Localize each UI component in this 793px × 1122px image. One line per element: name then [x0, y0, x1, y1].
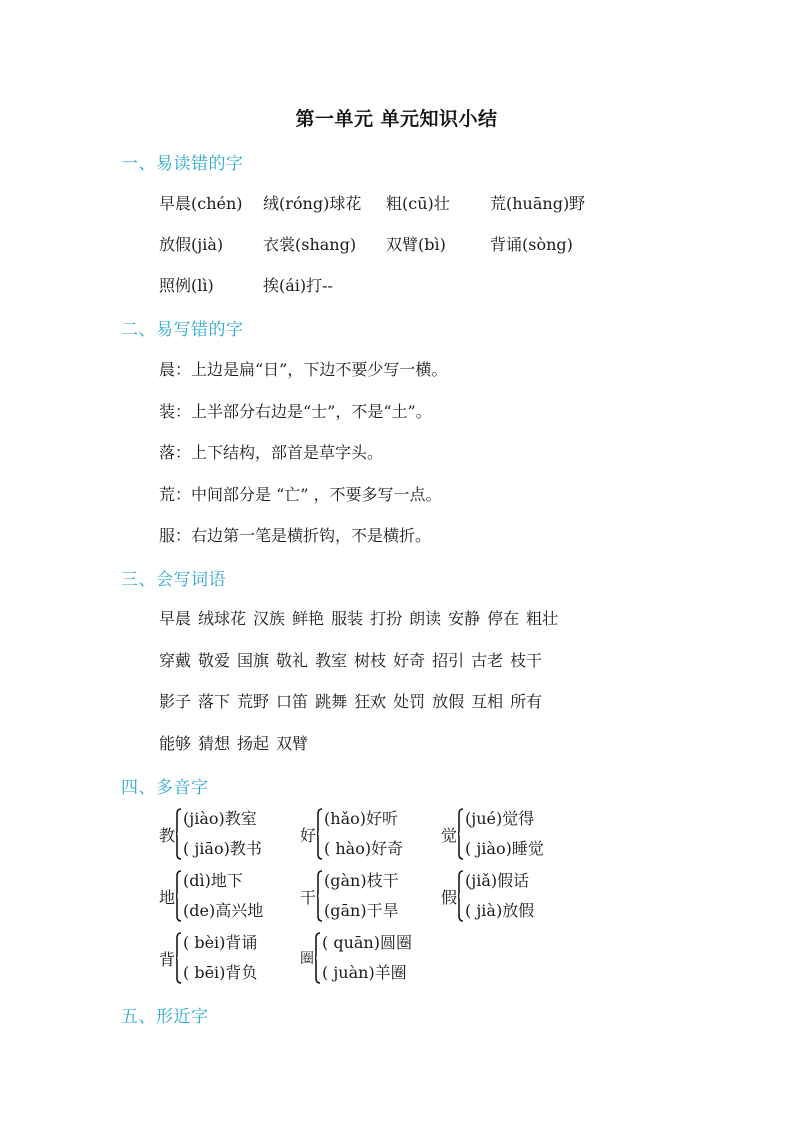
vocab-word: 绒球花 [198, 609, 246, 628]
polyphone-char: 圈 [300, 948, 314, 968]
vocab-word: 朗读 [409, 609, 441, 628]
page-title: 第一单元 单元知识小结 [0, 104, 793, 131]
writing-note: 落：上下结构，部首是草字头。 [159, 440, 383, 463]
polyphone-group: 干 (gàn)枝干 (gān)干旱 [300, 870, 399, 922]
section-heading-vocabulary: 三、会写词语 [121, 565, 226, 590]
polyphone-reading: (jiào)教室 [183, 809, 262, 829]
polyphone-reading: ( jiāo)教书 [183, 839, 262, 859]
polyphone-group: 教 (jiào)教室 ( jiāo)教书 [159, 808, 262, 860]
polyphone-reading: ( juàn)羊圈 [322, 963, 412, 983]
polyphone-reading: ( jià)放假 [465, 901, 534, 921]
brace-icon [315, 932, 321, 984]
vocab-word: 教室 [315, 651, 347, 670]
polyphone-reading: (gān)干旱 [324, 901, 399, 921]
polyphone-char: 假 [441, 885, 457, 908]
misread-item: 双臂(bì) [386, 232, 446, 255]
misread-item: 荒(huāng)野 [490, 191, 585, 214]
vocab-word: 汉族 [253, 609, 285, 628]
writing-note: 晨：上边是扁“日”，下边不要少写一横。 [159, 357, 447, 380]
vocab-word: 敬爱 [198, 651, 230, 670]
vocab-word: 能够 [159, 734, 191, 753]
polyphone-reading: (hǎo)好听 [324, 809, 403, 829]
polyphone-reading: ( hào)好奇 [324, 839, 403, 859]
polyphone-reading: (dì)地下 [183, 871, 263, 891]
misread-item: 照例(lì) [159, 273, 214, 296]
misread-item: 挨(ái)打-- [263, 273, 333, 296]
polyphone-reading: ( bēi)背负 [183, 963, 257, 983]
polyphone-char: 地 [159, 885, 175, 908]
polyphone-group: 觉 (jué)觉得 ( jiào)睡觉 [441, 808, 544, 860]
polyphone-group: 圈 ( quān)圆圈 ( juàn)羊圈 [300, 932, 412, 984]
polyphone-group: 好 (hǎo)好听 ( hào)好奇 [300, 808, 403, 860]
writing-note: 荒：中间部分是 “亡” ，不要多写一点。 [159, 482, 442, 505]
polyphone-group: 背 ( bèi)背诵 ( bēi)背负 [159, 932, 257, 984]
misread-item: 放假(jià) [159, 232, 223, 255]
vocab-word: 早晨 [159, 609, 191, 628]
polyphone-char: 背 [159, 947, 175, 970]
polyphone-reading: ( bèi)背诵 [183, 933, 257, 953]
vocab-word: 安静 [448, 609, 480, 628]
section-heading-miswritten: 二、易写错的字 [121, 315, 244, 340]
vocab-word: 招引 [432, 651, 464, 670]
misread-item: 早晨(chén) [159, 191, 243, 214]
vocab-word: 古老 [471, 651, 503, 670]
brace-icon [317, 870, 323, 922]
polyphone-group: 地 (dì)地下 (de)高兴地 [159, 870, 263, 922]
vocab-word: 所有 [510, 692, 542, 711]
vocab-word: 双臂 [276, 734, 308, 753]
vocab-word: 放假 [432, 692, 464, 711]
brace-icon [176, 808, 182, 860]
vocab-row: 影子落下荒野口笛跳舞狂欢处罚放假互相所有 [159, 689, 549, 712]
polyphone-char: 好 [300, 823, 316, 846]
vocab-word: 国旗 [237, 651, 269, 670]
vocab-word: 影子 [159, 692, 191, 711]
vocab-row: 能够猜想扬起双臂 [159, 731, 315, 754]
polyphone-char: 教 [159, 823, 175, 846]
misread-item: 背诵(sòng) [490, 232, 573, 255]
brace-icon [176, 870, 182, 922]
vocab-word: 粗壮 [526, 609, 558, 628]
vocab-word: 互相 [471, 692, 503, 711]
vocab-word: 落下 [198, 692, 230, 711]
brace-icon [458, 870, 464, 922]
writing-note: 服：右边第一笔是横折钩，不是横折。 [159, 523, 431, 546]
vocab-word: 处罚 [393, 692, 425, 711]
vocab-word: 猜想 [198, 734, 230, 753]
vocab-word: 扬起 [237, 734, 269, 753]
brace-icon [176, 932, 182, 984]
polyphone-reading: (gàn)枝干 [324, 871, 399, 891]
polyphone-reading: ( jiào)睡觉 [465, 839, 544, 859]
polyphone-reading: (jué)觉得 [465, 809, 544, 829]
polyphone-char: 干 [300, 885, 316, 908]
vocab-word: 服装 [331, 609, 363, 628]
writing-note: 装：上半部分右边是“士”，不是“土”。 [159, 399, 432, 422]
vocab-row: 早晨绒球花汉族鲜艳服装打扮朗读安静停在粗壮 [159, 606, 565, 629]
section-heading-polyphones: 四、多音字 [121, 773, 209, 798]
brace-icon [458, 808, 464, 860]
misread-item: 绒(róng)球花 [263, 191, 361, 214]
section-heading-similar-chars: 五、形近字 [121, 1002, 209, 1027]
vocab-word: 狂欢 [354, 692, 386, 711]
section-heading-misread: 一、易读错的字 [121, 149, 244, 174]
vocab-word: 枝干 [510, 651, 542, 670]
misread-item: 衣裳(shang) [263, 232, 356, 255]
vocab-word: 敬礼 [276, 651, 308, 670]
vocab-word: 穿戴 [159, 651, 191, 670]
vocab-word: 好奇 [393, 651, 425, 670]
vocab-word: 跳舞 [315, 692, 347, 711]
polyphone-char: 觉 [441, 823, 457, 846]
vocab-word: 停在 [487, 609, 519, 628]
polyphone-reading: (de)高兴地 [183, 901, 263, 921]
misread-item: 粗(cū)壮 [386, 191, 450, 214]
vocab-word: 鲜艳 [292, 609, 324, 628]
vocab-word: 打扮 [370, 609, 402, 628]
vocab-word: 树枝 [354, 651, 386, 670]
polyphone-group: 假 (jiǎ)假话 ( jià)放假 [441, 870, 534, 922]
polyphone-reading: ( quān)圆圈 [322, 933, 412, 953]
vocab-row: 穿戴敬爱国旗敬礼教室树枝好奇招引古老枝干 [159, 648, 549, 671]
polyphone-reading: (jiǎ)假话 [465, 871, 534, 891]
vocab-word: 口笛 [276, 692, 308, 711]
brace-icon [317, 808, 323, 860]
vocab-word: 荒野 [237, 692, 269, 711]
